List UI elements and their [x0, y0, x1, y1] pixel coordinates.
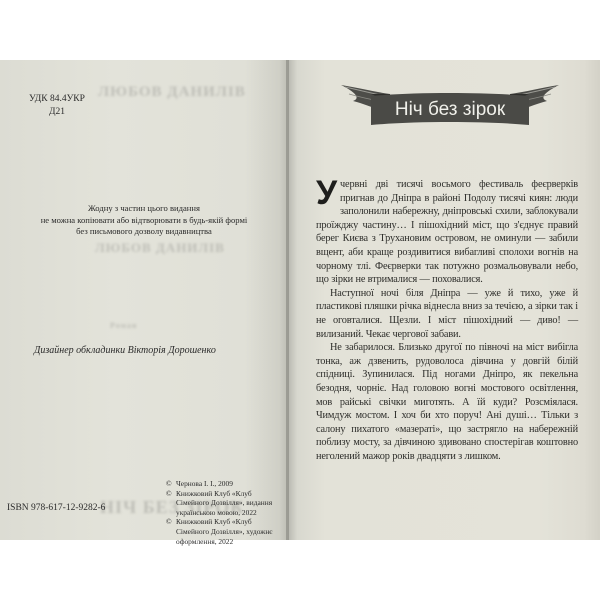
isbn: ISBN 978-617-12-9282-6	[7, 503, 105, 513]
drop-cap: У	[316, 180, 337, 206]
left-page: ЛЮБОВ ДАНИЛІВ ЛЮБОВ ДАНИЛІВ Роман НІЧ БЕ…	[0, 60, 288, 540]
rights-entry: © Книжковий Клуб «Клуб Сімейного Дозвілл…	[166, 489, 276, 518]
udk-code: Д21	[29, 106, 85, 119]
notice-line: не можна копіювати або відтворювати в бу…	[0, 215, 288, 227]
paragraph: Наступної ночі біля Дніпра — уже й тихо,…	[316, 287, 578, 341]
rights-block: © Чернова І. І., 2009 © Книжковий Клуб «…	[166, 479, 276, 546]
copyright-symbol: ©	[166, 479, 176, 489]
chapter-title: Ніч без зірок	[372, 95, 528, 125]
rights-text: Книжковий Клуб «Клуб Сімейного Дозвілля»…	[176, 489, 276, 518]
rights-entry: © Чернова І. І., 2009	[166, 479, 276, 489]
copyright-symbol: ©	[166, 517, 176, 546]
paragraph-text: червні дві тисячі восьмого фестиваль феє…	[316, 179, 578, 285]
chapter-body: Учервні дві тисячі восьмого фестиваль фе…	[316, 178, 578, 463]
paragraph: Учервні дві тисячі восьмого фестиваль фе…	[316, 178, 578, 287]
designer-label: Дизайнер обкладинки	[34, 345, 125, 356]
paragraph: Не забарилося. Близько другої по півночі…	[316, 341, 578, 463]
rights-entry: © Книжковий Клуб «Клуб Сімейного Дозвілл…	[166, 517, 276, 546]
rights-text: Чернова І. І., 2009	[176, 479, 233, 489]
copyright-symbol: ©	[166, 489, 176, 518]
notice-line: без письмового дозволу видавництва	[0, 226, 288, 238]
bleed-through-author-mid: ЛЮБОВ ДАНИЛІВ	[95, 240, 225, 256]
notice-line: Жодну з частин цього видання	[0, 203, 288, 215]
book-gutter	[286, 60, 289, 540]
udk-line: УДК 84.4УКР	[29, 93, 85, 106]
rights-text: Книжковий Клуб «Клуб Сімейного Дозвілля»…	[176, 517, 276, 546]
designer-name: Вікторія Дорошенко	[128, 345, 216, 356]
copyright-notice: Жодну з частин цього видання не можна ко…	[0, 203, 288, 238]
cover-designer-credit: Дизайнер обкладинки Вікторія Дорошенко	[34, 345, 216, 356]
bleed-through-genre: Роман	[110, 321, 138, 330]
chapter-title-banner: Ніч без зірок	[335, 72, 565, 148]
udk-classification: УДК 84.4УКР Д21	[29, 93, 85, 119]
bleed-through-author: ЛЮБОВ ДАНИЛІВ	[98, 84, 246, 101]
